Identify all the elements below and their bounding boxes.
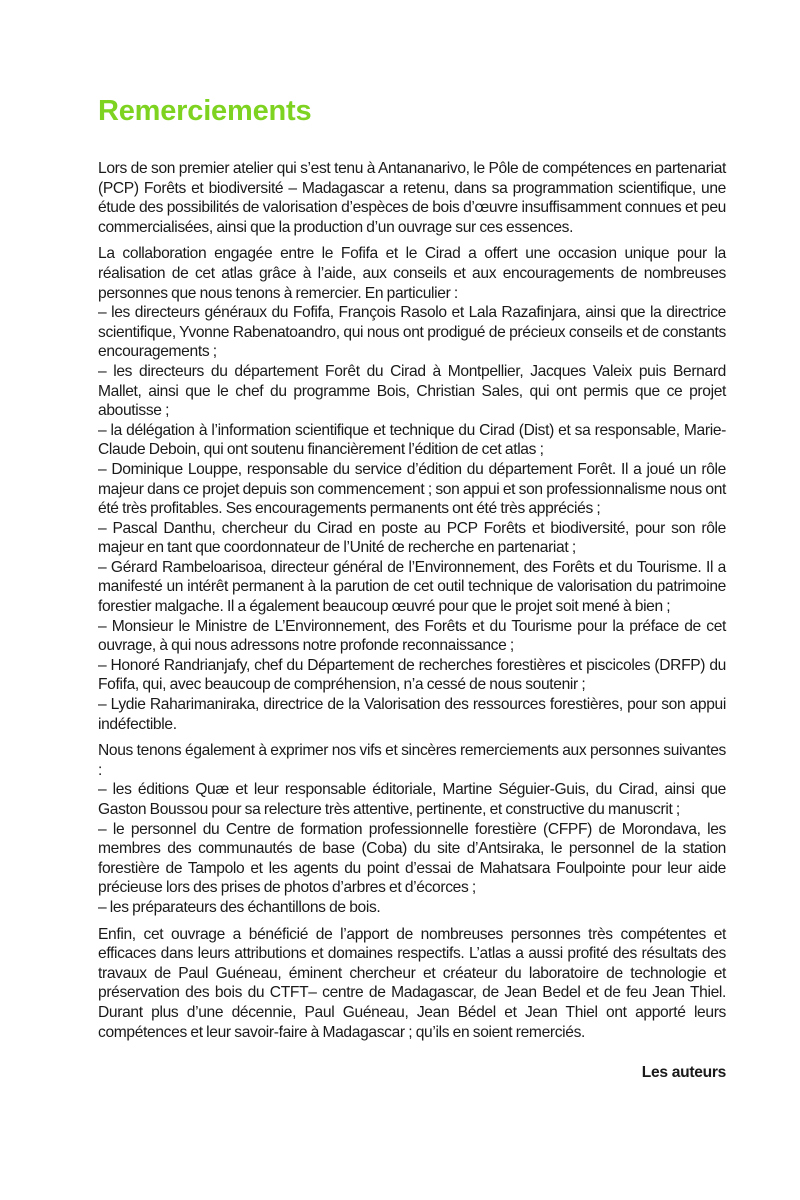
signature: Les auteurs: [98, 1064, 726, 1082]
list-item: – les directeurs généraux du Fofifa, Fra…: [98, 303, 726, 362]
paragraph-line: Lors de son premier atelier qui s’est te…: [98, 159, 726, 237]
list-item: – Pascal Danthu, chercheur du Cirad en p…: [98, 519, 726, 558]
page-title: Remerciements: [98, 93, 726, 129]
list-item: – Dominique Louppe, responsable du servi…: [98, 460, 726, 519]
list-item: – les éditions Quæ et leur responsable é…: [98, 780, 726, 819]
list-item: – les préparateurs des échantillons de b…: [98, 898, 726, 918]
list-item: – Monsieur le Ministre de L’Environnemen…: [98, 617, 726, 656]
list-item: – Lydie Raharimaniraka, directrice de la…: [98, 695, 726, 734]
paragraph-thanks: Nous tenons également à exprimer nos vif…: [98, 741, 726, 917]
paragraph-line: La collaboration engagée entre le Fofifa…: [98, 244, 726, 303]
paragraph-intro: Lors de son premier atelier qui s’est te…: [98, 159, 726, 237]
paragraph-closing: Enfin, cet ouvrage a bénéficié de l’appo…: [98, 925, 726, 1043]
paragraph-line: Nous tenons également à exprimer nos vif…: [98, 741, 726, 780]
paragraph-line: Enfin, cet ouvrage a bénéficié de l’appo…: [98, 925, 726, 1043]
list-item: – les directeurs du département Forêt du…: [98, 362, 726, 421]
acknowledgements-page: Remerciements Lors de son premier atelie…: [98, 93, 726, 1082]
list-item: – Gérard Rambeloarisoa, directeur généra…: [98, 558, 726, 617]
list-item: – Honoré Randrianjafy, chef du Départeme…: [98, 656, 726, 695]
list-item: – la délégation à l’information scientif…: [98, 421, 726, 460]
body-text: Lors de son premier atelier qui s’est te…: [98, 159, 726, 1042]
paragraph-collaboration: La collaboration engagée entre le Fofifa…: [98, 244, 726, 734]
list-item: – le personnel du Centre de formation pr…: [98, 820, 726, 898]
